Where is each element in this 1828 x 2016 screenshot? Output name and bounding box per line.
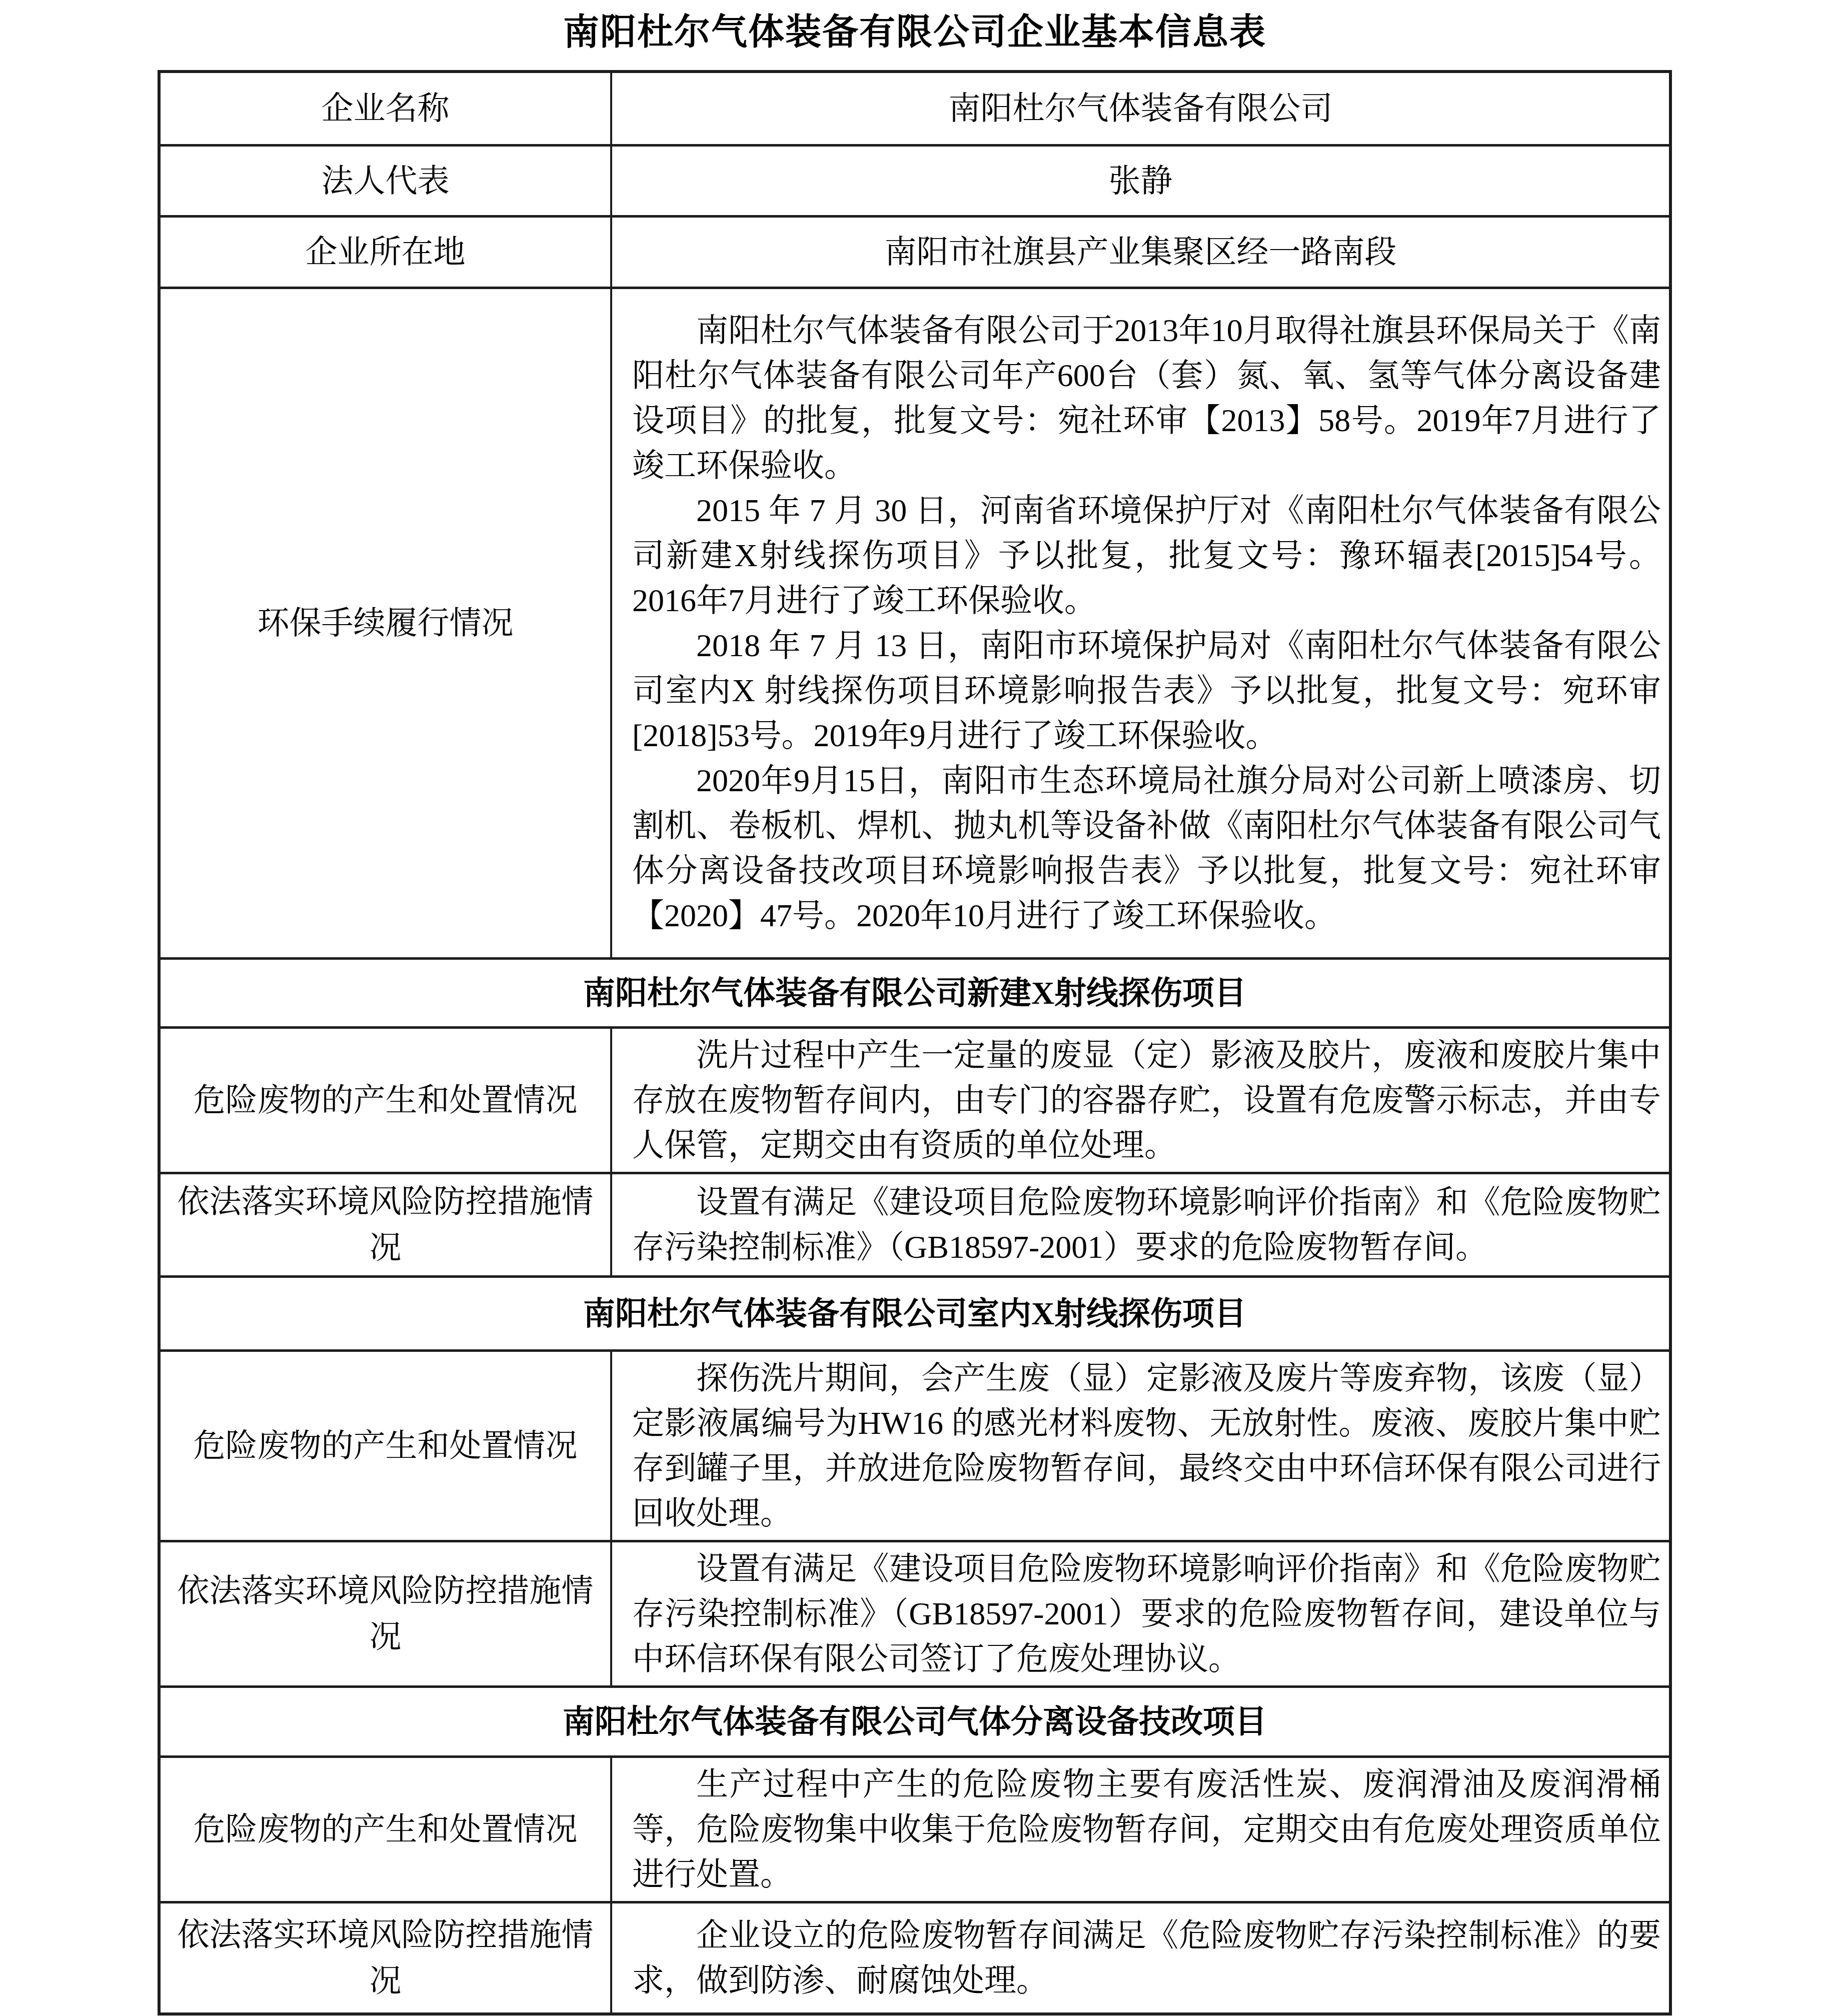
row-value: 张静 — [612, 147, 1669, 215]
row-value: 南阳杜尔气体装备有限公司于2013年10月取得社旗县环保局关于《南阳杜尔气体装备… — [612, 289, 1669, 957]
section-header: 南阳杜尔气体装备有限公司气体分离设备技改项目 — [161, 1688, 1669, 1755]
row-value-text: 南阳杜尔气体装备有限公司 — [949, 86, 1333, 131]
row-value-text: 洗片过程中产生一定量的废显（定）影液及胶片，废液和废胶片集中存放在废物暂存间内，… — [632, 1033, 1661, 1168]
row-label: 法人代表 — [161, 147, 612, 215]
row-value-text: 企业设立的危险废物暂存间满足《危险废物贮存污染控制标准》的要求，做到防渗、耐腐蚀… — [632, 1913, 1661, 2003]
row-value: 生产过程中产生的危险废物主要有废活性炭、废润滑油及废润滑桶等，危险废物集中收集于… — [612, 1758, 1669, 1901]
table-row: 危险废物的产生和处置情况 探伤洗片期间，会产生废（显）定影液及废片等废弃物，该废… — [161, 1349, 1669, 1540]
row-value-text: 张静 — [1109, 159, 1173, 204]
row-value: 南阳杜尔气体装备有限公司 — [612, 73, 1669, 144]
enterprise-info-table: 企业名称 南阳杜尔气体装备有限公司 法人代表 张静 企业所在地 南阳市社旗县产业… — [158, 70, 1672, 2015]
table-row: 企业名称 南阳杜尔气体装备有限公司 — [161, 73, 1669, 144]
row-value-text: 探伤洗片期间，会产生废（显）定影液及废片等废弃物，该废（显）定影液属编号为HW1… — [632, 1356, 1661, 1536]
table-section-header-row: 南阳杜尔气体装备有限公司室内X射线探伤项目 — [161, 1275, 1669, 1349]
table-row: 依法落实环境风险防控措施情况 设置有满足《建设项目危险废物环境影响评价指南》和《… — [161, 1172, 1669, 1275]
row-value: 探伤洗片期间，会产生废（显）定影液及废片等废弃物，该废（显）定影液属编号为HW1… — [612, 1352, 1669, 1540]
document-page: 南阳杜尔气体装备有限公司企业基本信息表 企业名称 南阳杜尔气体装备有限公司 法人… — [0, 0, 1828, 2016]
row-value: 设置有满足《建设项目危险废物环境影响评价指南》和《危险废物贮存污染控制标准》（G… — [612, 1542, 1669, 1685]
row-value-text: 南阳市社旗县产业集聚区经一路南段 — [885, 230, 1397, 275]
row-value-text: 设置有满足《建设项目危险废物环境影响评价指南》和《危险废物贮存污染控制标准》（G… — [632, 1546, 1661, 1681]
row-label: 企业名称 — [161, 73, 612, 144]
env-paragraph: 南阳杜尔气体装备有限公司于2013年10月取得社旗县环保局关于《南阳杜尔气体装备… — [632, 308, 1661, 488]
row-label: 依法落实环境风险防控措施情况 — [161, 1542, 612, 1685]
table-row: 依法落实环境风险防控措施情况 设置有满足《建设项目危险废物环境影响评价指南》和《… — [161, 1540, 1669, 1685]
page-title: 南阳杜尔气体装备有限公司企业基本信息表 — [158, 8, 1672, 56]
row-value: 南阳市社旗县产业集聚区经一路南段 — [612, 218, 1669, 287]
row-label: 企业所在地 — [161, 218, 612, 287]
section-header: 南阳杜尔气体装备有限公司新建X射线探伤项目 — [161, 960, 1669, 1026]
env-paragraph: 2018 年 7 月 13 日，南阳市环境保护局对《南阳杜尔气体装备有限公司室内… — [632, 623, 1661, 758]
row-value: 洗片过程中产生一定量的废显（定）影液及胶片，废液和废胶片集中存放在废物暂存间内，… — [612, 1029, 1669, 1172]
row-label: 依法落实环境风险防控措施情况 — [161, 1903, 612, 2012]
table-row-env-procedure: 环保手续履行情况 南阳杜尔气体装备有限公司于2013年10月取得社旗县环保局关于… — [161, 287, 1669, 957]
row-value-text: 设置有满足《建设项目危险废物环境影响评价指南》和《危险废物贮存污染控制标准》（G… — [632, 1180, 1661, 1270]
row-label: 危险废物的产生和处置情况 — [161, 1352, 612, 1540]
row-label: 环保手续履行情况 — [161, 289, 612, 957]
table-row: 危险废物的产生和处置情况 洗片过程中产生一定量的废显（定）影液及胶片，废液和废胶… — [161, 1026, 1669, 1172]
row-value-text: 生产过程中产生的危险废物主要有废活性炭、废润滑油及废润滑桶等，危险废物集中收集于… — [632, 1762, 1661, 1897]
table-row: 依法落实环境风险防控措施情况 企业设立的危险废物暂存间满足《危险废物贮存污染控制… — [161, 1901, 1669, 2012]
row-value: 企业设立的危险废物暂存间满足《危险废物贮存污染控制标准》的要求，做到防渗、耐腐蚀… — [612, 1903, 1669, 2012]
env-paragraph: 2015 年 7 月 30 日，河南省环境保护厅对《南阳杜尔气体装备有限公司新建… — [632, 488, 1661, 623]
table-row: 法人代表 张静 — [161, 144, 1669, 215]
row-label: 危险废物的产生和处置情况 — [161, 1758, 612, 1901]
table-row: 危险废物的产生和处置情况 生产过程中产生的危险废物主要有废活性炭、废润滑油及废润… — [161, 1755, 1669, 1901]
table-section-header-row: 南阳杜尔气体装备有限公司新建X射线探伤项目 — [161, 957, 1669, 1026]
env-paragraph: 2020年9月15日，南阳市生态环境局社旗分局对公司新上喷漆房、切割机、卷板机、… — [632, 758, 1661, 938]
row-label: 危险废物的产生和处置情况 — [161, 1029, 612, 1172]
row-value: 设置有满足《建设项目危险废物环境影响评价指南》和《危险废物贮存污染控制标准》（G… — [612, 1174, 1669, 1275]
section-header: 南阳杜尔气体装备有限公司室内X射线探伤项目 — [161, 1278, 1669, 1349]
table-row: 企业所在地 南阳市社旗县产业集聚区经一路南段 — [161, 215, 1669, 287]
row-label: 依法落实环境风险防控措施情况 — [161, 1174, 612, 1275]
table-section-header-row: 南阳杜尔气体装备有限公司气体分离设备技改项目 — [161, 1685, 1669, 1755]
